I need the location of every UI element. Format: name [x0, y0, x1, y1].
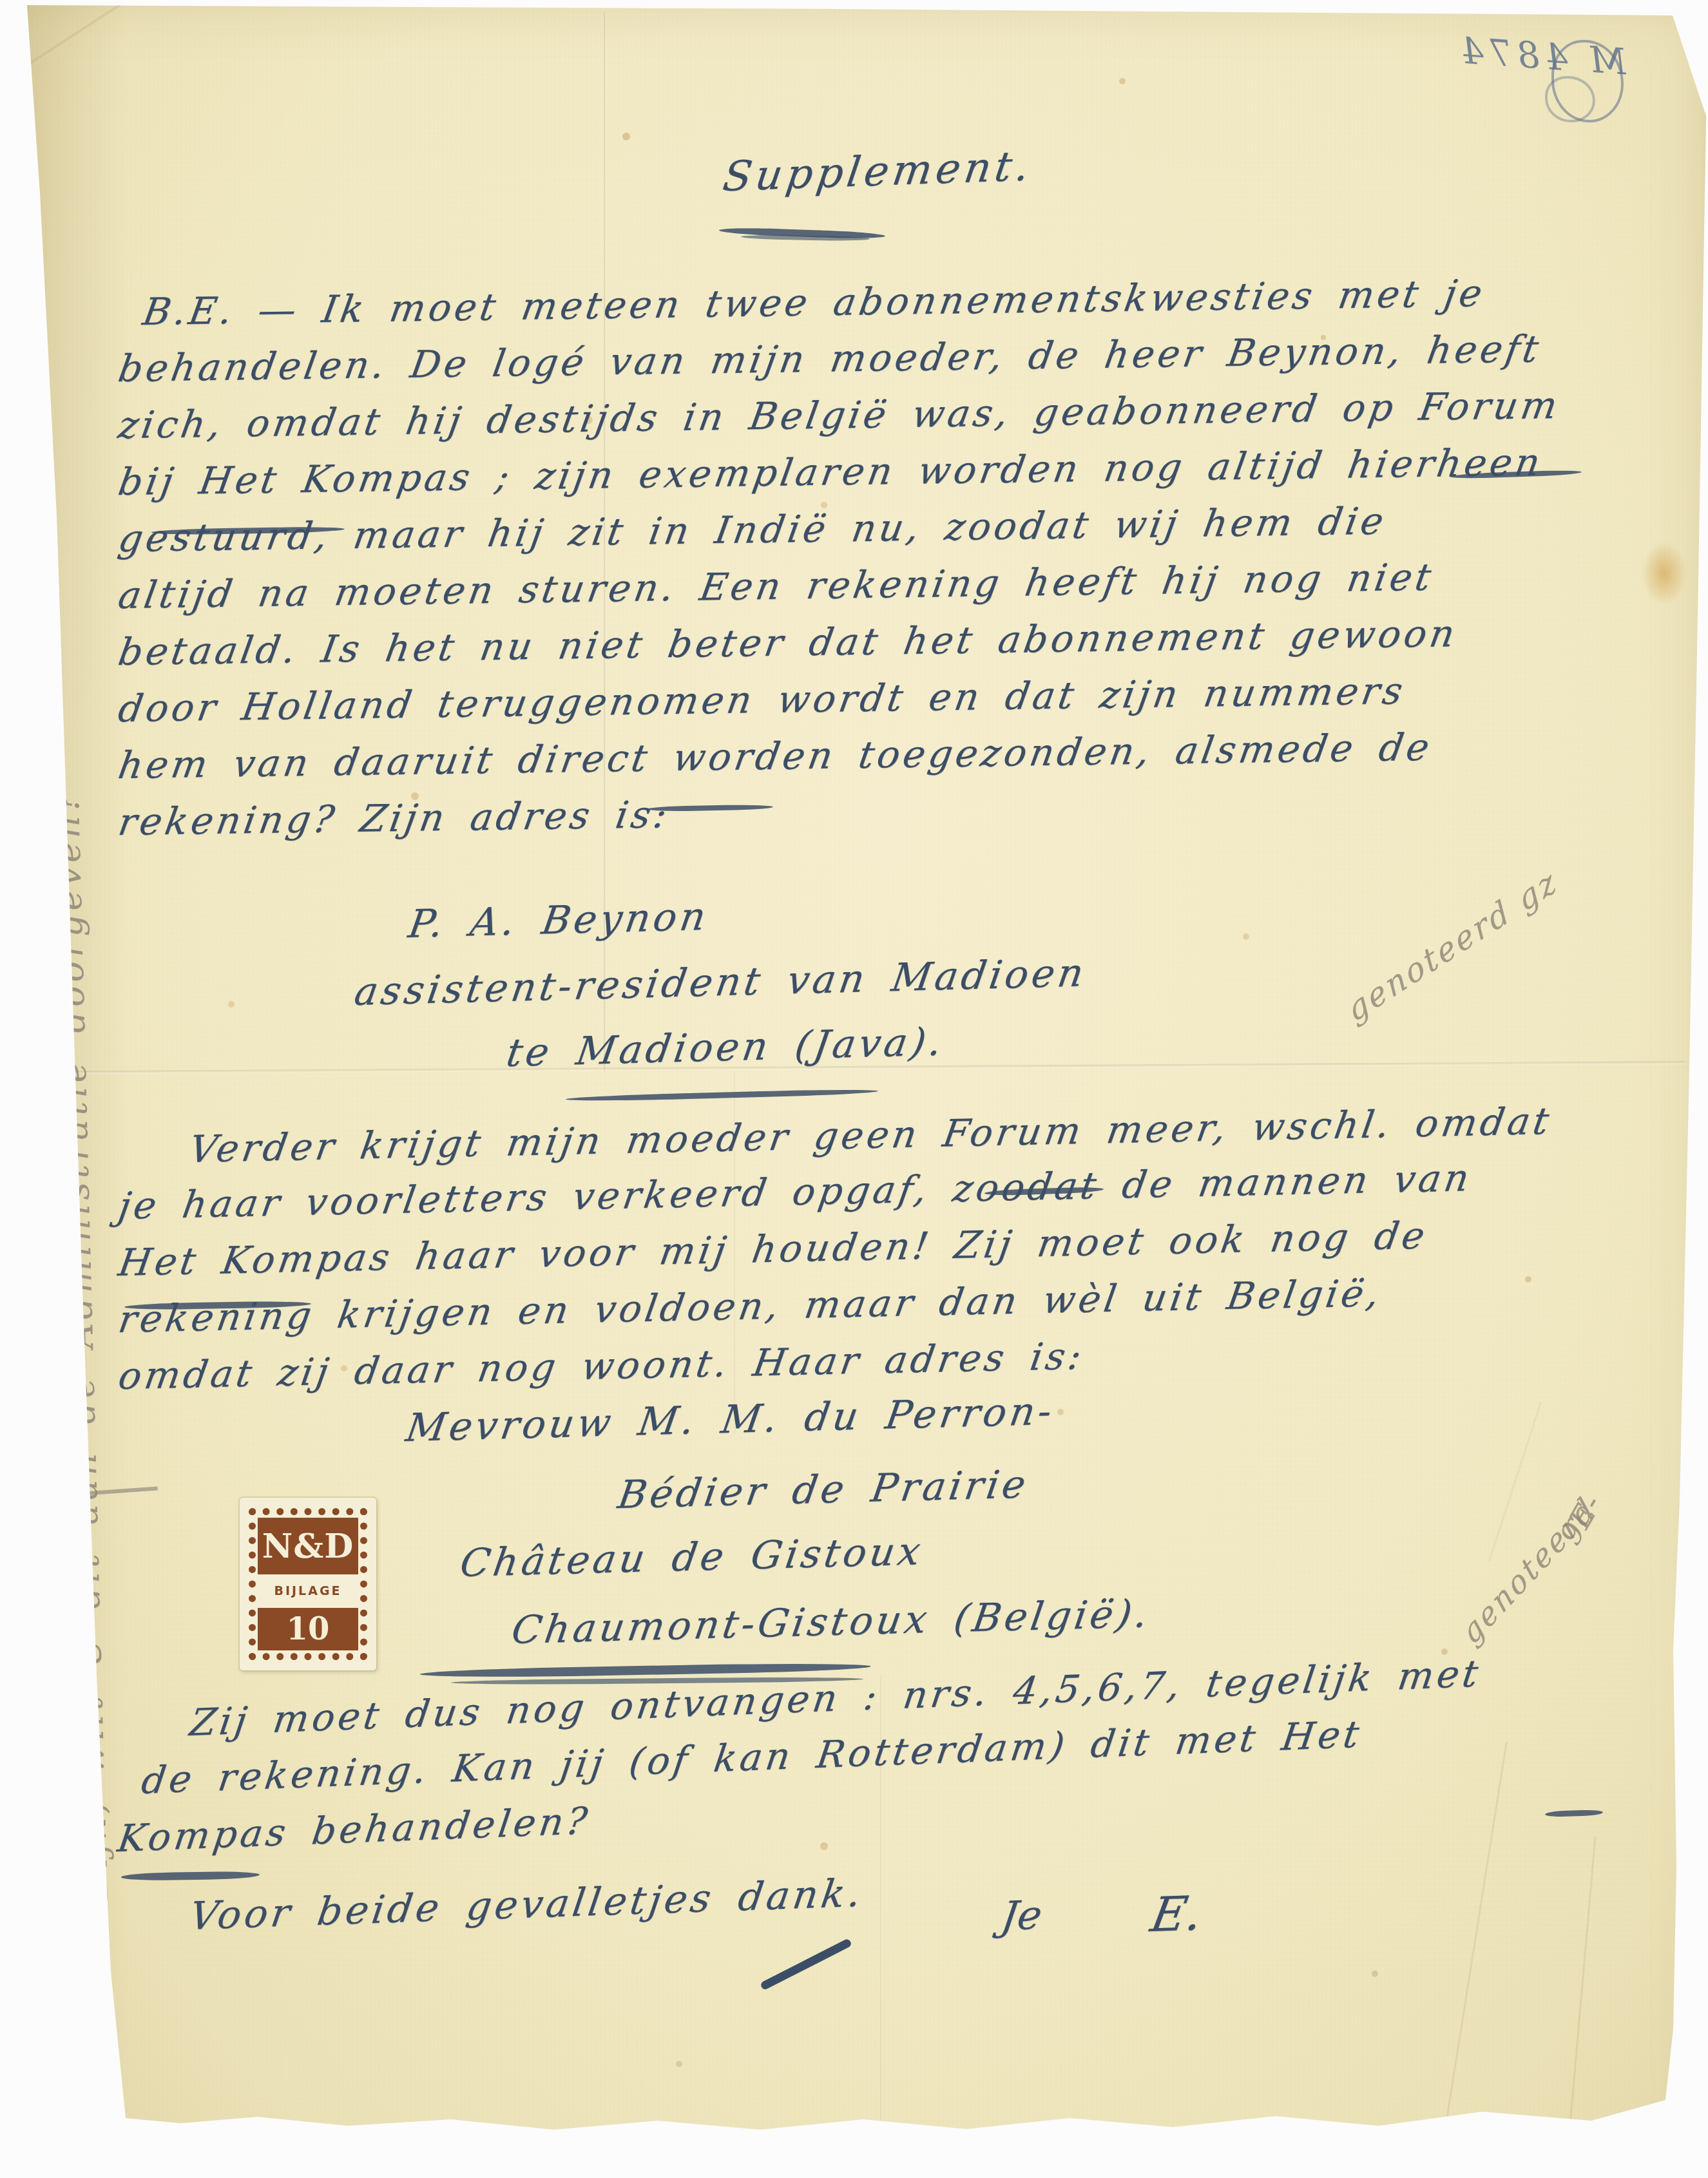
bijlage-stamp: N&D BIJLAGE 10: [240, 1498, 376, 1670]
letter-line: omdat zij daar nog woont. Haar adres is:: [115, 1334, 1088, 1398]
signature-flourish: [760, 1938, 852, 1991]
letter-line: B.E. — Ik moet meteen twee abonnementskw…: [140, 271, 1488, 334]
address-line: Château de Gistoux: [457, 1529, 926, 1586]
letter-line: rekening krijgen en voldoen, maar dan wè…: [115, 1271, 1385, 1341]
wrinkle-line: [1445, 1741, 1508, 2123]
letter-line: altijd na moeten sturen. Een rekening he…: [115, 555, 1437, 617]
letter-paper: M 4874 Supplement. B.E. — Ik moet meteen…: [0, 0, 1708, 2178]
stamp-label: BIJLAGE: [258, 1584, 358, 1598]
signature: E.: [1147, 1886, 1207, 1943]
pencil-note-genoteerd: genoteerd gz: [1341, 861, 1564, 1029]
address-line: assistent-resident van Madioen: [351, 950, 1089, 1015]
stamp-ornamental-frame: N&D BIJLAGE 10: [249, 1508, 367, 1660]
scanned-letter-page: M 4874 Supplement. B.E. — Ik moet meteen…: [0, 0, 1708, 2178]
closing-je: Je: [999, 1891, 1045, 1940]
address-line: Mevrouw M. M. du Perron-: [403, 1389, 1057, 1451]
address-line: P. A. Beynon: [405, 894, 711, 947]
underline-stroke: [566, 1088, 878, 1102]
edge-stain: [1642, 541, 1687, 606]
letter-line: behandelen. De logé van mijn moeder, de …: [115, 327, 1545, 390]
letter-line: bij Het Kompas ; zijn exemplaren worden …: [115, 440, 1546, 504]
closing-thanks: Voor beide gevalletjes dank.: [187, 1871, 867, 1939]
letter-line: door Holland teruggenomen wordt en dat z…: [115, 669, 1409, 731]
letter-line: rekening? Zijn adres is:: [115, 792, 673, 844]
letter-line: hem van daaruit direct worden toegezonde…: [115, 725, 1435, 787]
address-line: Chaumont-Gistoux (België).: [508, 1591, 1153, 1653]
stamp-value: 10: [258, 1608, 358, 1650]
address-line: Bédier de Prairie: [615, 1462, 1032, 1518]
underline-stroke: [420, 1662, 871, 1679]
wrinkle-line: [1569, 1837, 1596, 2126]
letter-line: zich, omdat hij destijds in België was, …: [115, 383, 1564, 447]
underline-stroke: [1545, 1810, 1603, 1817]
foxing-spots: [0, 0, 5, 5]
underline-stroke: [121, 1871, 260, 1881]
pencil-check-mark: [49, 1482, 61, 1513]
stamp-monogram: N&D: [258, 1518, 358, 1574]
letter-line: betaald. Is het nu niet beter dat het ab…: [115, 611, 1461, 674]
letter-title: Supplement.: [720, 142, 1036, 201]
letter-line: Kompas behandelen?: [115, 1799, 593, 1860]
margin-note-line-2: hier is un brief van den innen.: [0, 535, 57, 1746]
